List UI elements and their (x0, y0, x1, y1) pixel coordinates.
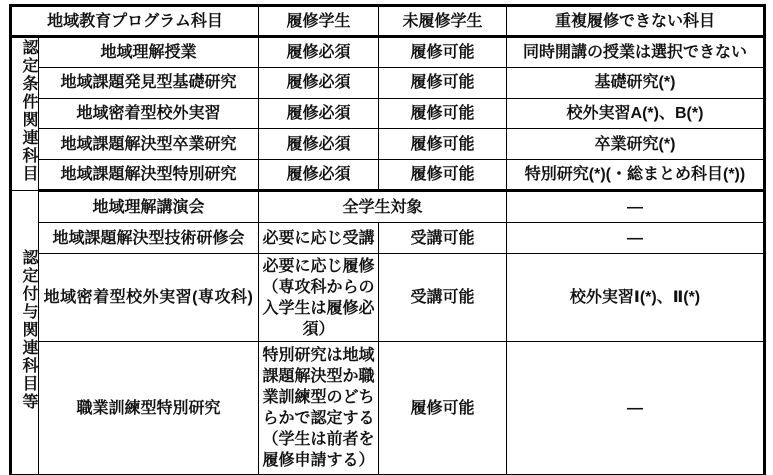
table-row: 職業訓練型特別研究 特別研究は地域 課題解決型か職 業訓練型のどち らかで認定す… (11, 342, 765, 475)
table-row: 地域課題解決型卒業研究 履修必須 履修可能 卒業研究(*) (11, 129, 765, 160)
subject-cell: 職業訓練型特別研究 (39, 342, 259, 475)
subject-cell: 地域密着型校外実習 (39, 98, 259, 129)
subject-cell: 地域理解講演会 (39, 191, 259, 223)
table-row: 地域密着型校外実習 履修必須 履修可能 校外実習A(*)、B(*) (11, 98, 765, 129)
duplicate-cell: 同時開講の授業は選択できない (507, 37, 765, 68)
subject-cell: 地域課題解決型技術研修会 (39, 223, 259, 254)
table-header-row: 地域教育プログラム科目 履修学生 未履修学生 重複履修できない科目 (11, 6, 765, 37)
program-requirements-table: 地域教育プログラム科目 履修学生 未履修学生 重複履修できない科目 認定条件関連… (9, 4, 766, 475)
duplicate-cell: — (507, 342, 765, 475)
enrolled-cell: 必要に応じ受講 (259, 223, 379, 254)
subject-cell: 地域理解授業 (39, 37, 259, 68)
header-not-enrolled-students: 未履修学生 (379, 6, 507, 37)
table-row: 認定付与関連科目等 地域理解講演会 全学生対象 — (11, 191, 765, 223)
enrolled-cell: 履修必須 (259, 160, 379, 191)
enrolled-cell: 履修必須 (259, 37, 379, 68)
all-students-cell: 全学生対象 (259, 191, 507, 223)
header-duplicate-subjects: 重複履修できない科目 (507, 6, 765, 37)
enrolled-cell: 履修必須 (259, 129, 379, 160)
table-row: 地域課題解決型技術研修会 必要に応じ受講 受講可能 — (11, 223, 765, 254)
not-enrolled-cell: 履修可能 (379, 342, 507, 475)
duplicate-cell: — (507, 223, 765, 254)
enrolled-cell: 履修必須 (259, 67, 379, 98)
subject-cell: 地域課題解決型特別研究 (39, 160, 259, 191)
duplicate-cell: 卒業研究(*) (507, 129, 765, 160)
duplicate-cell: 校外実習A(*)、B(*) (507, 98, 765, 129)
subject-cell: 地域課題解決型卒業研究 (39, 129, 259, 160)
not-enrolled-cell: 受講可能 (379, 223, 507, 254)
document-page: 地域教育プログラム科目 履修学生 未履修学生 重複履修できない科目 認定条件関連… (0, 0, 773, 475)
subject-cell: 地域密着型校外実習(専攻科) (39, 254, 259, 342)
not-enrolled-cell: 履修可能 (379, 129, 507, 160)
table-row: 地域密着型校外実習(専攻科) 必要に応じ履修 （専攻科からの 入学生は履修必 須… (11, 254, 765, 342)
section-label-text: 認定条件関連科目 (14, 39, 39, 183)
section-label-certification-conditions: 認定条件関連科目 (11, 37, 39, 191)
table-row: 地域課題発見型基礎研究 履修必須 履修可能 基礎研究(*) (11, 67, 765, 98)
table-row: 地域課題解決型特別研究 履修必須 履修可能 特別研究(*)(・総まとめ科目(*)… (11, 160, 765, 191)
not-enrolled-cell: 履修可能 (379, 98, 507, 129)
duplicate-cell: — (507, 191, 765, 223)
duplicate-cell: 校外実習Ⅰ(*)、Ⅱ(*) (507, 254, 765, 342)
table-row: 認定条件関連科目 地域理解授業 履修必須 履修可能 同時開講の授業は選択できない (11, 37, 765, 68)
not-enrolled-cell: 受講可能 (379, 254, 507, 342)
enrolled-cell: 必要に応じ履修 （専攻科からの 入学生は履修必 須） (259, 254, 379, 342)
header-program: 地域教育プログラム科目 (11, 6, 259, 37)
not-enrolled-cell: 履修可能 (379, 67, 507, 98)
not-enrolled-cell: 履修可能 (379, 160, 507, 191)
header-enrolled-students: 履修学生 (259, 6, 379, 37)
enrolled-cell: 特別研究は地域 課題解決型か職 業訓練型のどち らかで認定する （学生は前者を … (259, 342, 379, 475)
duplicate-cell: 特別研究(*)(・総まとめ科目(*)) (507, 160, 765, 191)
section-label-certification-granting: 認定付与関連科目等 (11, 191, 39, 475)
duplicate-cell: 基礎研究(*) (507, 67, 765, 98)
subject-cell: 地域課題発見型基礎研究 (39, 67, 259, 98)
not-enrolled-cell: 履修可能 (379, 37, 507, 68)
enrolled-cell: 履修必須 (259, 98, 379, 129)
section-label-text: 認定付与関連科目等 (14, 249, 39, 411)
